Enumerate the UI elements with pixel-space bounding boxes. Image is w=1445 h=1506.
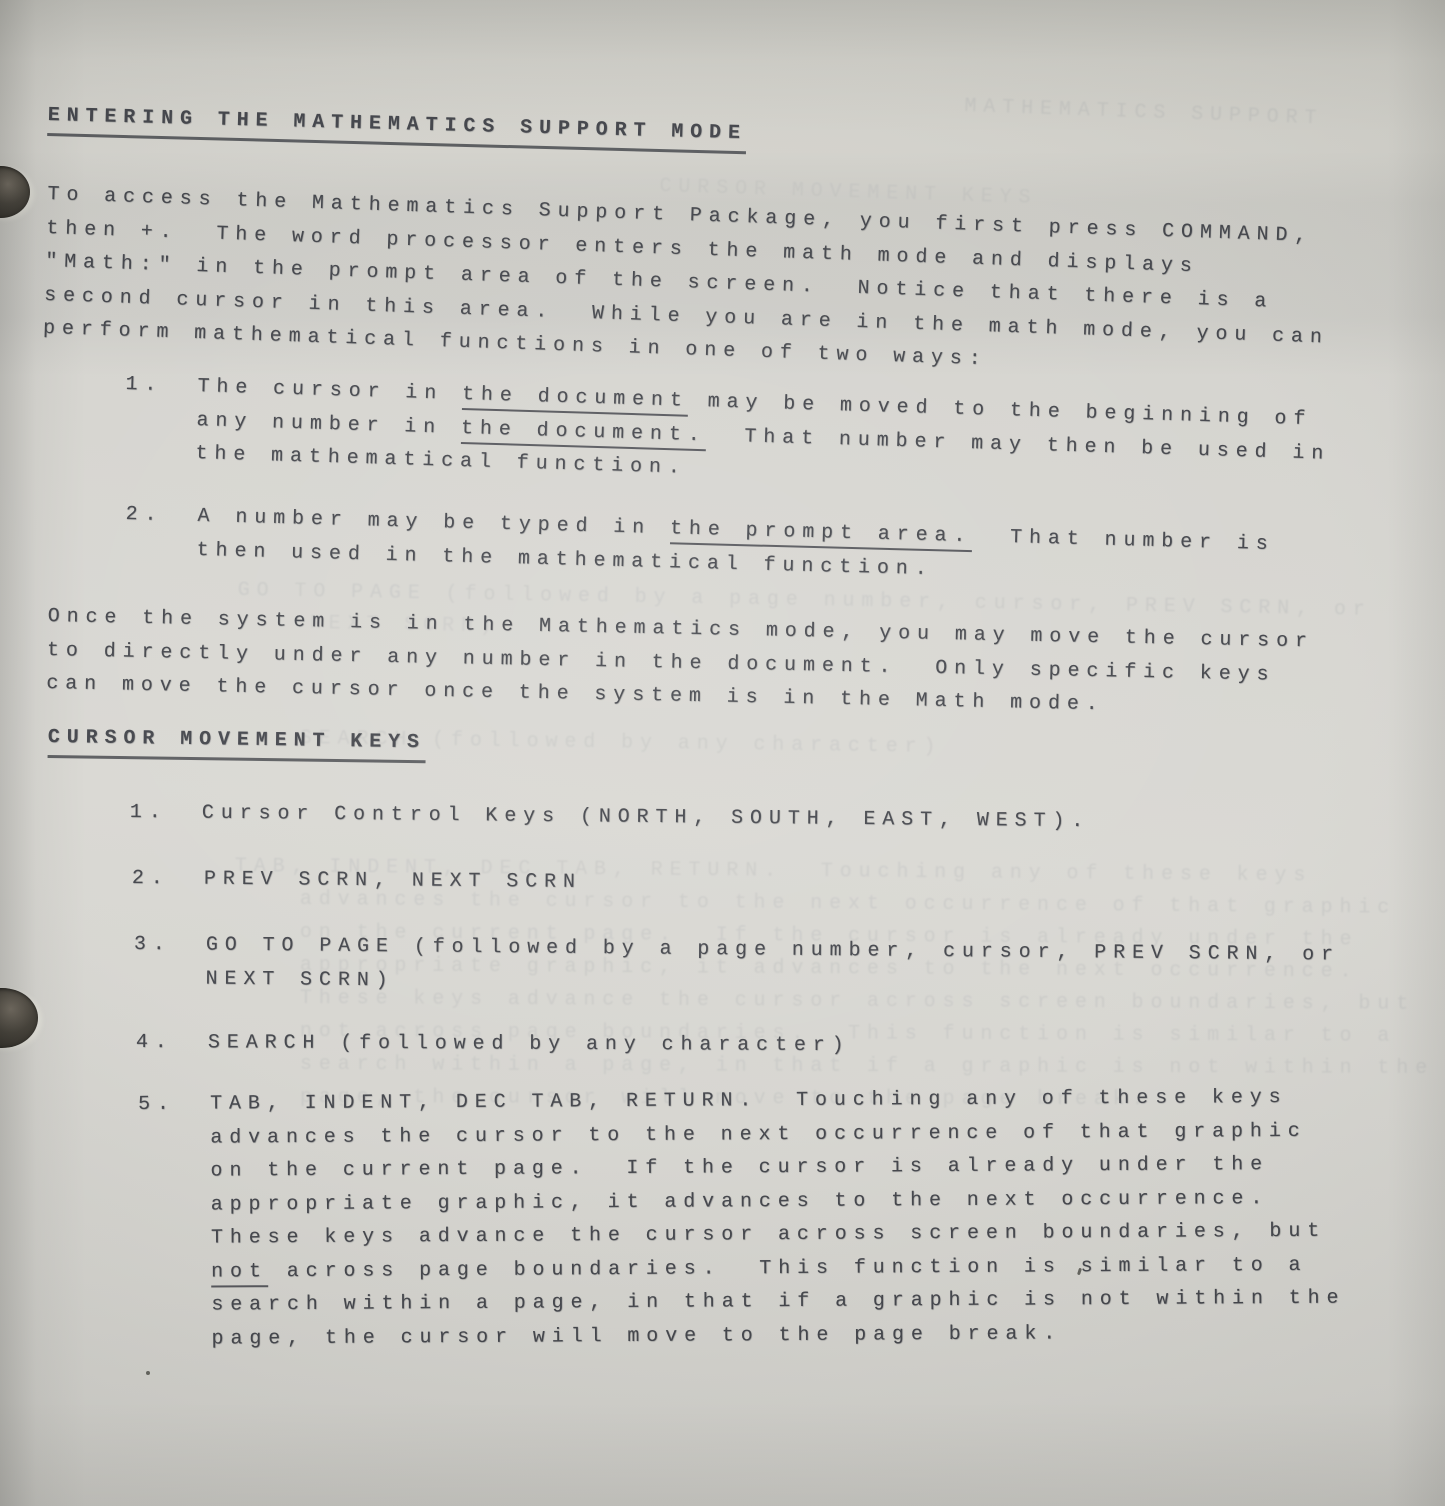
text-line: page, the cursor will move to the page b… <box>211 1315 1345 1355</box>
text-run: These keys advance the cursor across scr… <box>211 1220 1326 1250</box>
paper-speck <box>146 1371 150 1375</box>
text-line: search within a page, in that if a graph… <box>211 1282 1345 1322</box>
scanned-document-page: MATHEMATICS SUPPORTCURSOR MOVEMENT KEYSG… <box>0 0 1445 1506</box>
middle-paragraph: Once the system is in the Mathematics mo… <box>46 600 1314 726</box>
section-heading-cursor-keys-text: CURSOR MOVEMENT KEYS <box>48 726 426 763</box>
list-item-text: PREV SCRN, NEXT SCRN <box>204 863 582 900</box>
ways-list-item-2: 2.A number may be typed in the prompt ar… <box>124 498 1275 595</box>
cursor-keys-item-5: 5.TAB, INDENT, DEC TAB, RETURN. Touching… <box>138 1081 1346 1356</box>
list-item-text: GO TO PAGE (followed by a page number, c… <box>205 929 1340 1006</box>
text-run: NEXT SCRN) <box>205 967 394 992</box>
text-run: page, the cursor will move to the page b… <box>211 1322 1062 1350</box>
cursor-keys-item-1: 1.Cursor Control Keys (NORTH, SOUTH, EAS… <box>130 796 1091 839</box>
text-run: The cursor in <box>197 375 462 406</box>
text-run: across page boundaries. This function is… <box>268 1253 1308 1282</box>
cursor-keys-item-3: 3.GO TO PAGE (followed by a page number,… <box>133 928 1340 1006</box>
text-line: PREV SCRN, NEXT SCRN <box>204 863 582 900</box>
section-heading-main: ENTERING THE MATHEMATICS SUPPORT MODE <box>47 104 747 154</box>
list-number: 1. <box>130 796 202 830</box>
list-item-text: TAB, INDENT, DEC TAB, RETURN. Touching a… <box>210 1081 1346 1356</box>
underlined-text: the document <box>462 383 690 417</box>
section-heading-main-text: ENTERING THE MATHEMATICS SUPPORT MODE <box>47 104 747 154</box>
document-content: ENTERING THE MATHEMATICS SUPPORT MODE To… <box>0 0 1445 1506</box>
text-run: SEARCH (followed by any character) <box>208 1031 851 1057</box>
list-number: 1. <box>123 368 198 471</box>
text-line: SEARCH (followed by any character) <box>208 1026 851 1062</box>
text-run: That number is <box>972 525 1275 556</box>
text-run: appropriate graphic, it advances to the … <box>211 1187 1270 1216</box>
list-number: 2. <box>124 498 198 567</box>
cursor-keys-item-2: 2.PREV SCRN, NEXT SCRN <box>132 862 582 899</box>
text-run: on the current page. If the cursor is al… <box>210 1153 1269 1182</box>
text-run: TAB, INDENT, DEC TAB, RETURN. Touching a… <box>210 1086 1288 1116</box>
text-run: search within a page, in that if a graph… <box>211 1287 1345 1317</box>
text-run: GO TO PAGE (followed by a page number, c… <box>206 934 1340 967</box>
list-number: 3. <box>133 928 206 996</box>
text-line: Cursor Control Keys (NORTH, SOUTH, EAST,… <box>202 797 1091 839</box>
section-heading-cursor-keys: CURSOR MOVEMENT KEYS <box>48 726 426 763</box>
list-number: 2. <box>132 862 204 896</box>
text-run: PREV SCRN, NEXT SCRN <box>204 868 582 894</box>
underlined-text: not <box>211 1260 268 1287</box>
list-number: 4. <box>136 1026 208 1060</box>
list-item-text: SEARCH (followed by any character) <box>208 1026 851 1062</box>
list-number: 5. <box>138 1088 212 1356</box>
text-run: any number in <box>196 409 461 440</box>
intro-paragraph: To access the Mathematics Support Packag… <box>42 178 1332 388</box>
text-run: advances the cursor to the next occurren… <box>210 1119 1306 1149</box>
list-item-text: The cursor in the document may be moved … <box>195 370 1332 504</box>
list-item-text: Cursor Control Keys (NORTH, SOUTH, EAST,… <box>202 797 1091 839</box>
list-item-text: A number may be typed in the prompt area… <box>196 500 1275 595</box>
text-run: Cursor Control Keys (NORTH, SOUTH, EAST,… <box>202 802 1091 834</box>
ways-list-item-1: 1.The cursor in the document may be move… <box>123 368 1332 504</box>
cursor-keys-item-4: 4.SEARCH (followed by any character) <box>136 1026 851 1063</box>
